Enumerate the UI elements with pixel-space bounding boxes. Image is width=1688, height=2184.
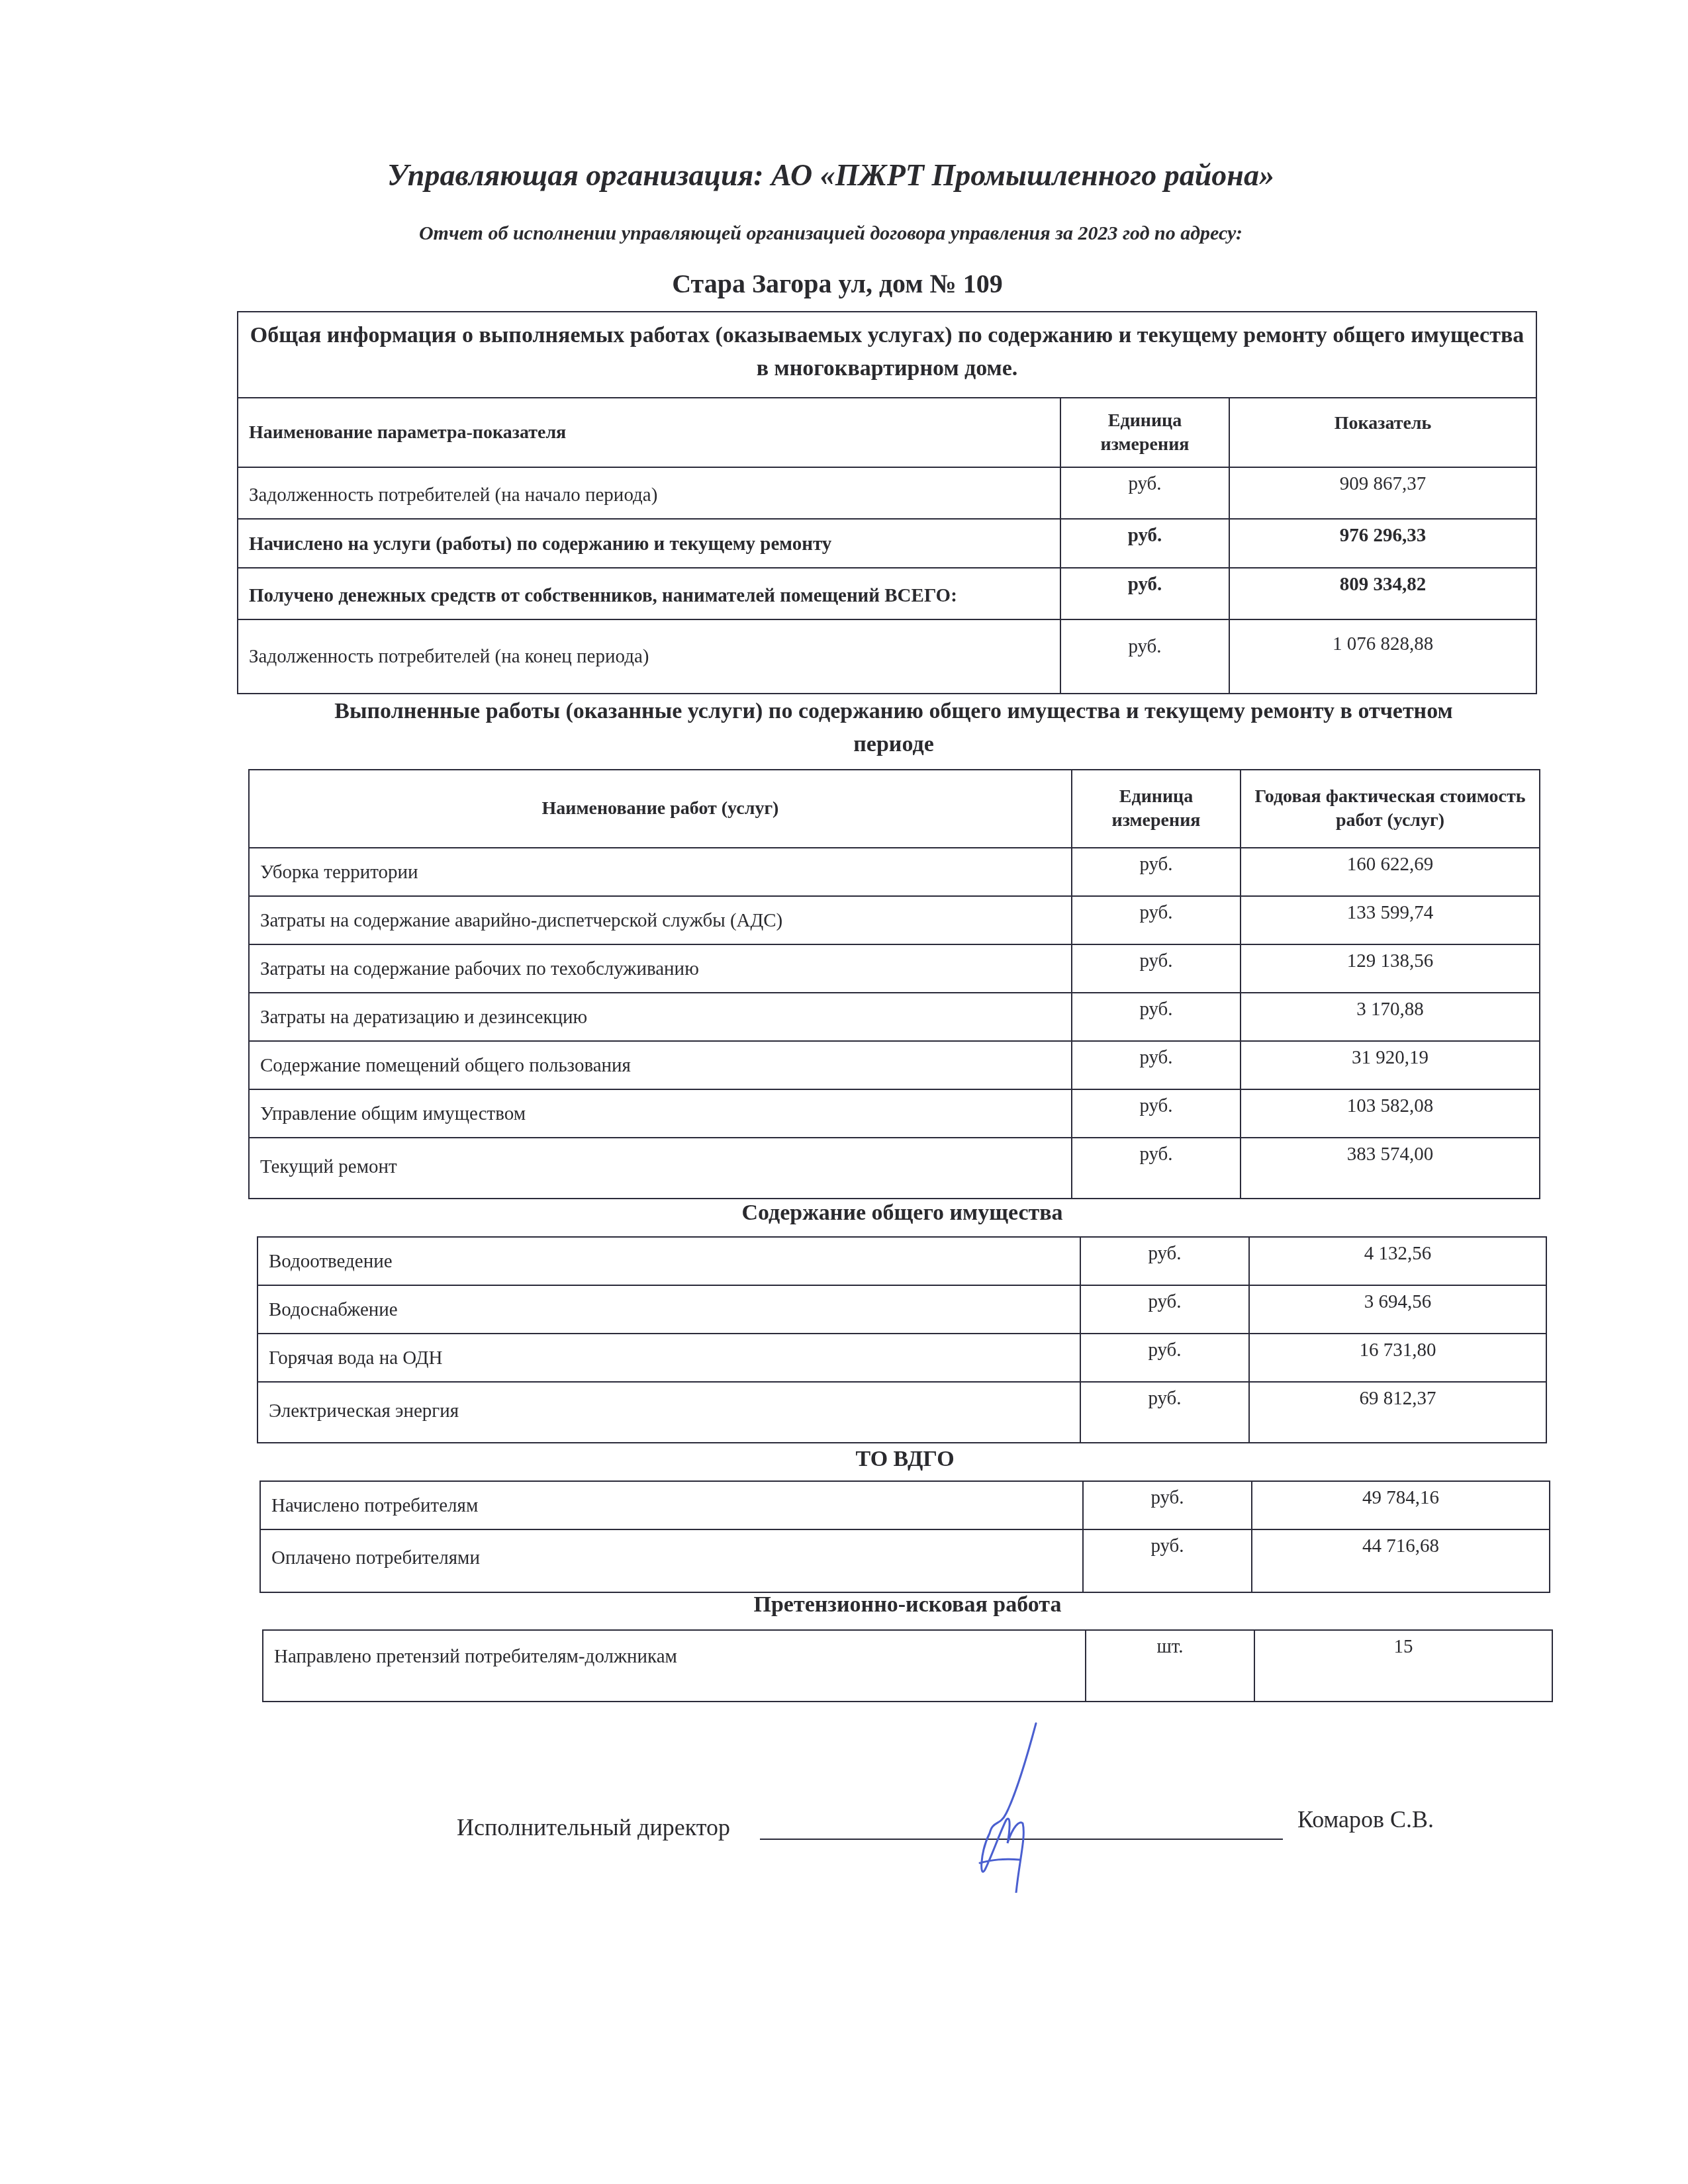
row-name: Начислено на услуги (работы) по содержан…	[238, 519, 1060, 568]
common-property-table: Водоотведение руб. 4 132,56 Водоснабжени…	[257, 1236, 1547, 1443]
row-value: 69 812,37	[1249, 1382, 1546, 1443]
table-row: Водоотведение руб. 4 132,56	[258, 1237, 1546, 1285]
row-unit: руб.	[1060, 467, 1229, 519]
row-name: Получено денежных средств от собственник…	[238, 568, 1060, 619]
row-value: 160 622,69	[1241, 848, 1540, 896]
row-unit: руб.	[1072, 1138, 1241, 1199]
organization-title: Управляющая организация: АО «ПЖРТ Промыш…	[0, 158, 1675, 193]
row-name: Начислено потребителям	[260, 1481, 1083, 1529]
row-value: 3 694,56	[1249, 1285, 1546, 1334]
row-name: Содержание помещений общего пользования	[249, 1041, 1072, 1089]
row-unit: руб.	[1080, 1334, 1249, 1382]
table-row: Затраты на содержание рабочих по техобсл…	[249, 944, 1540, 993]
row-value: 909 867,37	[1229, 467, 1536, 519]
table-row: Направлено претензий потребителям-должни…	[263, 1630, 1552, 1702]
row-unit: руб.	[1072, 848, 1241, 896]
row-unit: руб.	[1060, 619, 1229, 694]
row-name: Направлено претензий потребителям-должни…	[263, 1630, 1086, 1702]
row-name: Задолженность потребителей (на конец пер…	[238, 619, 1060, 694]
row-value: 129 138,56	[1241, 944, 1540, 993]
row-name: Уборка территории	[249, 848, 1072, 896]
row-unit: руб.	[1060, 568, 1229, 619]
row-value: 15	[1254, 1630, 1552, 1702]
row-name: Водоотведение	[258, 1237, 1080, 1285]
table-row: Содержание помещений общего пользования …	[249, 1041, 1540, 1089]
vdgo-section-title: ТО ВДГО	[259, 1443, 1550, 1476]
row-unit: руб.	[1083, 1529, 1252, 1592]
row-name: Оплачено потребителями	[260, 1529, 1083, 1592]
table-row: Получено денежных средств от собственник…	[238, 568, 1536, 619]
row-value: 4 132,56	[1249, 1237, 1546, 1285]
column-header-cost: Годовая фактическая стоимость работ (усл…	[1241, 770, 1540, 848]
table-row: Текущий ремонт руб. 383 574,00	[249, 1138, 1540, 1199]
row-value: 383 574,00	[1241, 1138, 1540, 1199]
row-unit: руб.	[1080, 1237, 1249, 1285]
row-unit: руб.	[1072, 896, 1241, 944]
row-unit: руб.	[1083, 1481, 1252, 1529]
row-unit: руб.	[1072, 944, 1241, 993]
claims-section-title: Претензионно-исковая работа	[262, 1588, 1553, 1621]
column-header-name: Наименование работ (услуг)	[249, 770, 1072, 848]
table-row: Оплачено потребителями руб. 44 716,68	[260, 1529, 1550, 1592]
report-subtitle: Отчет об исполнении управляющей организа…	[0, 222, 1675, 245]
row-value: 49 784,16	[1252, 1481, 1550, 1529]
row-name: Задолженность потребителей (на начало пе…	[238, 467, 1060, 519]
row-name: Горячая вода на ОДН	[258, 1334, 1080, 1382]
column-header-unit: Единица измерения	[1060, 398, 1229, 467]
row-value: 976 296,33	[1229, 519, 1536, 568]
row-name: Электрическая энергия	[258, 1382, 1080, 1443]
common-property-section-title: Содержание общего имущества	[257, 1197, 1548, 1230]
row-name: Текущий ремонт	[249, 1138, 1072, 1199]
column-header-value: Показатель	[1229, 398, 1536, 467]
signer-position: Исполнительный директор	[457, 1813, 730, 1841]
row-name: Затраты на содержание рабочих по техобсл…	[249, 944, 1072, 993]
column-header-name: Наименование параметра-показателя	[238, 398, 1060, 467]
works-table: Наименование работ (услуг) Единица измер…	[248, 769, 1540, 1199]
table-row: Начислено потребителям руб. 49 784,16	[260, 1481, 1550, 1529]
row-value: 809 334,82	[1229, 568, 1536, 619]
table-row: Водоснабжение руб. 3 694,56	[258, 1285, 1546, 1334]
general-info-title: Общая информация о выполняемых работах (…	[238, 312, 1536, 398]
table-row: Задолженность потребителей (на конец пер…	[238, 619, 1536, 694]
row-value: 1 076 828,88	[1229, 619, 1536, 694]
row-unit: руб.	[1080, 1285, 1249, 1334]
signer-name: Комаров С.В.	[1297, 1805, 1434, 1833]
row-unit: руб.	[1072, 1089, 1241, 1138]
row-value: 44 716,68	[1252, 1529, 1550, 1592]
row-value: 103 582,08	[1241, 1089, 1540, 1138]
row-name: Управление общим имуществом	[249, 1089, 1072, 1138]
row-name: Водоснабжение	[258, 1285, 1080, 1334]
row-value: 31 920,19	[1241, 1041, 1540, 1089]
row-unit: руб.	[1060, 519, 1229, 568]
row-value: 133 599,74	[1241, 896, 1540, 944]
address: Стара Загора ул, дом № 109	[0, 268, 1681, 299]
row-name: Затраты на дератизацию и дезинсекцию	[249, 993, 1072, 1041]
table-row: Затраты на дератизацию и дезинсекцию руб…	[249, 993, 1540, 1041]
row-value: 3 170,88	[1241, 993, 1540, 1041]
row-unit: руб.	[1072, 993, 1241, 1041]
row-unit: шт.	[1086, 1630, 1254, 1702]
table-row: Управление общим имуществом руб. 103 582…	[249, 1089, 1540, 1138]
row-value: 16 731,80	[1249, 1334, 1546, 1382]
table-row: Горячая вода на ОДН руб. 16 731,80	[258, 1334, 1546, 1382]
table-row: Начислено на услуги (работы) по содержан…	[238, 519, 1536, 568]
column-header-unit: Единица измерения	[1072, 770, 1241, 848]
general-info-table: Общая информация о выполняемых работах (…	[237, 311, 1537, 694]
handwritten-signature-icon	[953, 1721, 1086, 1893]
row-name: Затраты на содержание аварийно-диспетчер…	[249, 896, 1072, 944]
row-unit: руб.	[1072, 1041, 1241, 1089]
vdgo-table: Начислено потребителям руб. 49 784,16 Оп…	[259, 1480, 1550, 1593]
works-section-title: Выполненные работы (оказанные услуги) по…	[298, 695, 1489, 761]
table-row: Задолженность потребителей (на начало пе…	[238, 467, 1536, 519]
table-row: Электрическая энергия руб. 69 812,37	[258, 1382, 1546, 1443]
table-row: Затраты на содержание аварийно-диспетчер…	[249, 896, 1540, 944]
claims-table: Направлено претензий потребителям-должни…	[262, 1629, 1553, 1702]
table-row: Уборка территории руб. 160 622,69	[249, 848, 1540, 896]
row-unit: руб.	[1080, 1382, 1249, 1443]
